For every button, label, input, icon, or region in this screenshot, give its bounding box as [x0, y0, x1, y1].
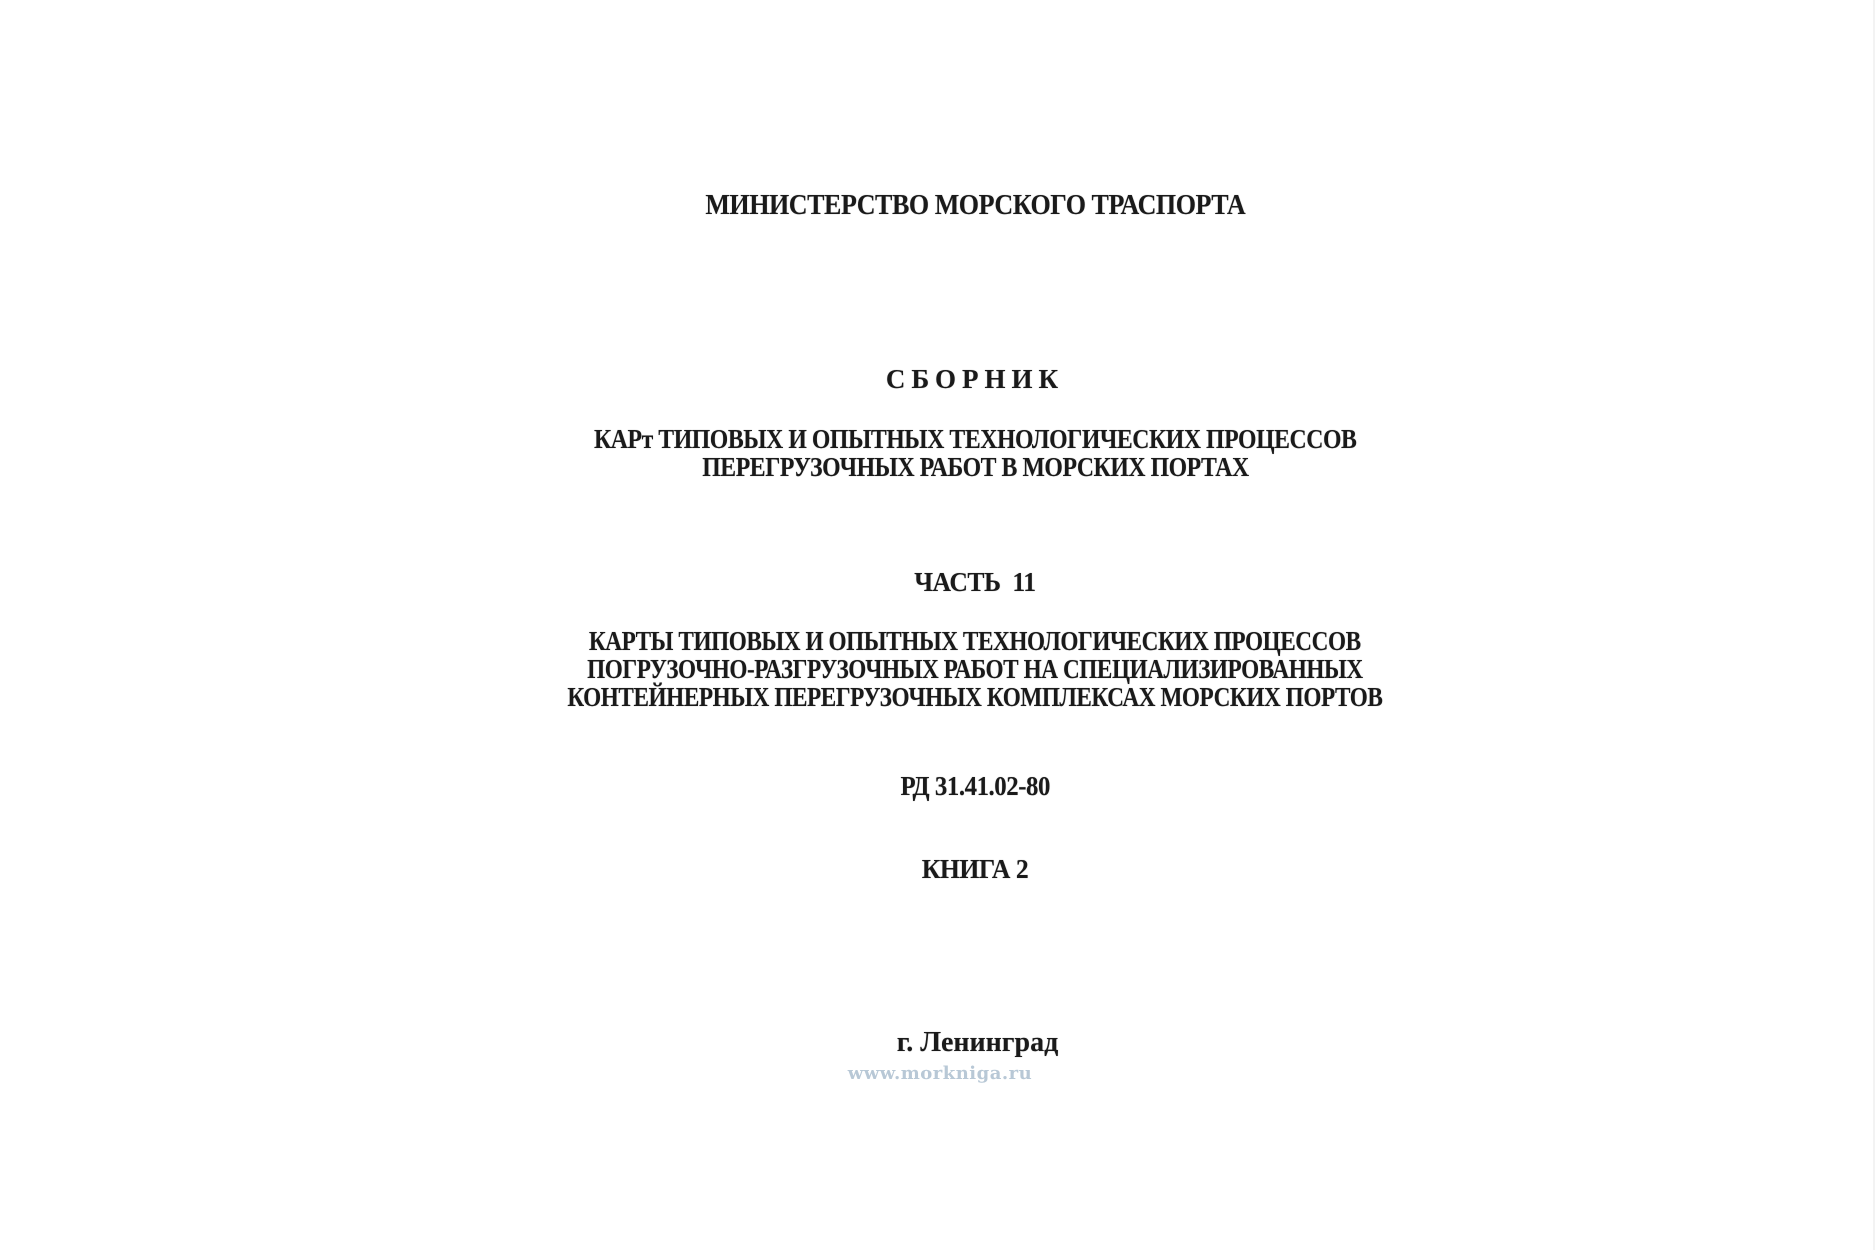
part-text: ЧАСТЬ 11 [914, 567, 1035, 598]
publication-city: г. Ленинград [0, 1027, 1875, 1059]
ministry-heading: МИНИСТЕРСТВО МОРСКОГО ТРАСПОРТА [0, 190, 1875, 222]
book-number: КНИГА 2 [0, 854, 1875, 885]
document-page: МИНИСТЕРСТВО МОРСКОГО ТРАСПОРТА СБОРНИК … [0, 0, 1875, 1250]
watermark: www.morkniga.ru [0, 1063, 1875, 1084]
collection-title-text: ПЕРЕГРУЗОЧНЫХ РАБОТ В МОРСКИХ ПОРТАХ [702, 452, 1248, 483]
collection-label-text: СБОРНИК [886, 364, 1064, 395]
document-code: РД 31.41.02-80 [0, 771, 1875, 802]
part-title-line-1: КАРТЫ ТИПОВЫХ И ОПЫТНЫХ ТЕХНОЛОГИЧЕСКИХ … [0, 626, 1875, 657]
collection-label: СБОРНИК [0, 364, 1875, 395]
part-heading: ЧАСТЬ 11 [0, 567, 1875, 598]
document-code-text: РД 31.41.02-80 [900, 771, 1049, 802]
part-title-text: ПОГРУЗОЧНО-РАЗГРУЗОЧНЫХ РАБОТ НА СПЕЦИАЛ… [587, 654, 1363, 685]
collection-title-line-1: КАРт ТИПОВЫХ И ОПЫТНЫХ ТЕХНОЛОГИЧЕСКИХ П… [0, 424, 1875, 455]
part-title-line-2: ПОГРУЗОЧНО-РАЗГРУЗОЧНЫХ РАБОТ НА СПЕЦИАЛ… [0, 654, 1875, 685]
part-title-text: КОНТЕЙНЕРНЫХ ПЕРЕГРУЗОЧНЫХ КОМПЛЕКСАХ МО… [567, 682, 1382, 713]
part-title-text: КАРТЫ ТИПОВЫХ И ОПЫТНЫХ ТЕХНОЛОГИЧЕСКИХ … [589, 626, 1361, 657]
ministry-text: МИНИСТЕРСТВО МОРСКОГО ТРАСПОРТА [705, 190, 1245, 222]
book-number-text: КНИГА 2 [922, 854, 1028, 885]
collection-title-line-2: ПЕРЕГРУЗОЧНЫХ РАБОТ В МОРСКИХ ПОРТАХ [0, 452, 1875, 483]
publication-city-text: г. Ленинград [897, 1027, 1059, 1059]
collection-title-text: КАРт ТИПОВЫХ И ОПЫТНЫХ ТЕХНОЛОГИЧЕСКИХ П… [594, 424, 1356, 455]
part-title-line-3: КОНТЕЙНЕРНЫХ ПЕРЕГРУЗОЧНЫХ КОМПЛЕКСАХ МО… [0, 682, 1875, 713]
